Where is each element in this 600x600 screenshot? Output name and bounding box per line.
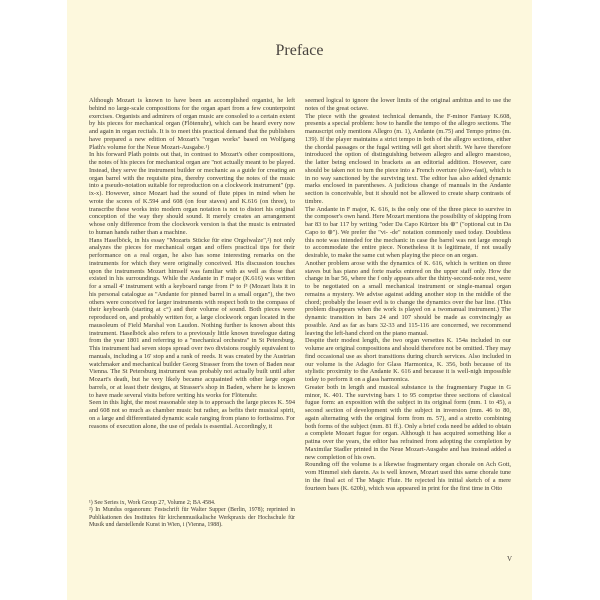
paragraph: Another problem arose with the dynamics …: [305, 260, 511, 338]
paragraph: Rounding off the volume is a likewise fr…: [305, 461, 511, 492]
right-column: seemed logical to ignore the lower limit…: [305, 97, 511, 492]
paragraph: Hans Haselböck, in his essay "Mozarts St…: [89, 237, 295, 400]
document-page: Preface Although Mozart is known to have…: [67, 0, 532, 600]
page-number: V: [507, 555, 512, 563]
paragraph: In his forward Plath points out that, in…: [89, 151, 295, 236]
paragraph: Despite their modest length, the two org…: [305, 337, 511, 384]
page-title: Preface: [67, 42, 532, 60]
paragraph: Seen in this light, the most reasonable …: [89, 399, 295, 430]
paragraph: The Andante in F major, K. 616, is the o…: [305, 206, 511, 260]
paragraph: Although Mozart is known to have been an…: [89, 97, 295, 151]
left-column: Although Mozart is known to have been an…: [89, 97, 295, 430]
footnotes: ¹) See Series ix, Work Group 27, Volume …: [89, 500, 295, 530]
paragraph: Greater both in length and musical subst…: [305, 384, 511, 462]
paragraph: The piece with the greatest technical de…: [305, 113, 511, 206]
paragraph: seemed logical to ignore the lower limit…: [305, 97, 511, 113]
footnote: ²) In Mundus organorum: Festschrift für …: [89, 507, 295, 529]
